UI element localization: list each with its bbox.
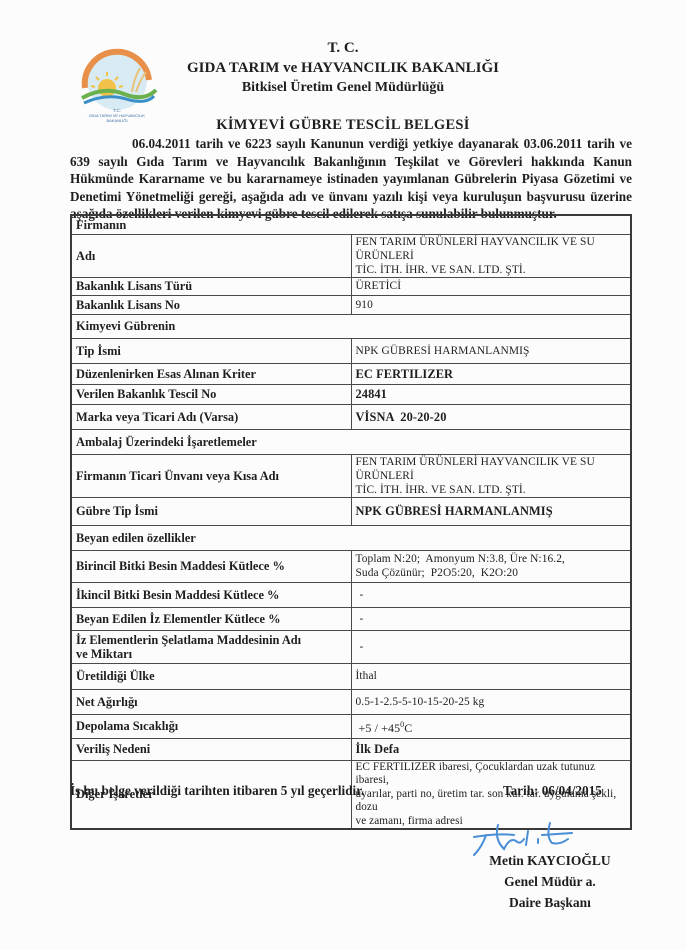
row-label: Bakanlık Lisans No	[71, 295, 351, 314]
row-label: Adı	[71, 234, 351, 277]
row-value: +5 / +450C	[351, 714, 631, 738]
table-row: Gübre Tip İsmi NPK GÜBRESİ HARMANLANMIŞ	[71, 497, 631, 525]
row-value: 0.5-1-2.5-5-10-15-20-25 kg	[351, 689, 631, 714]
row-label: Bakanlık Lisans Türü	[71, 277, 351, 295]
table-row: Veriliş Nedeni İlk Defa	[71, 738, 631, 760]
section-row: Kimyevi Gübrenin	[71, 314, 631, 338]
header-tc: T. C.	[0, 40, 686, 57]
table-row: Net Ağırlığı 0.5-1-2.5-5-10-15-20-25 kg	[71, 689, 631, 714]
row-label: Veriliş Nedeni	[71, 738, 351, 760]
row-value: ÜRETİCİ	[351, 277, 631, 295]
table-row: Verilen Bakanlık Tescil No 24841	[71, 384, 631, 404]
row-label: Firmanın Ticari Ünvanı veya Kısa Adı	[71, 454, 351, 497]
row-label: Net Ağırlığı	[71, 689, 351, 714]
row-value: EC FERTILIZER	[351, 363, 631, 384]
row-label: İz Elementlerin Şelatlama Maddesinin Adı…	[71, 630, 351, 663]
row-label: Beyan Edilen İz Elementler Kütlece %	[71, 607, 351, 630]
table-row: Beyan Edilen İz Elementler Kütlece % -	[71, 607, 631, 630]
intro-paragraph: 06.04.2011 tarih ve 6223 sayılı Kanunun …	[70, 135, 632, 223]
table-row: Marka veya Ticari Adı (Varsa) VİSNA 20-2…	[71, 404, 631, 429]
row-label: Düzenlenirken Esas Alınan Kriter	[71, 363, 351, 384]
section-beyan: Beyan edilen özellikler	[71, 525, 631, 550]
header-ministry: GIDA TARIM ve HAYVANCILIK BAKANLIĞI	[0, 60, 686, 77]
section-row: Ambalaj Üzerindeki İşaretlemeler	[71, 429, 631, 454]
row-value: -	[351, 630, 631, 663]
row-label: İkincil Bitki Besin Maddesi Kütlece %	[71, 582, 351, 607]
row-value: -	[351, 582, 631, 607]
row-label: Verilen Bakanlık Tescil No	[71, 384, 351, 404]
row-value: İlk Defa	[351, 738, 631, 760]
table-row: İkincil Bitki Besin Maddesi Kütlece % -	[71, 582, 631, 607]
row-value: FEN TARIM ÜRÜNLERİ HAYVANCILIK VE SU ÜRÜ…	[351, 234, 631, 277]
signatory-department: Daire Başkanı	[470, 892, 630, 913]
section-firma: Firmanın	[71, 215, 631, 234]
table-row: Adı FEN TARIM ÜRÜNLERİ HAYVANCILIK VE SU…	[71, 234, 631, 277]
row-value: FEN TARIM ÜRÜNLERİ HAYVANCILIK VE SU ÜRÜ…	[351, 454, 631, 497]
section-gubre: Kimyevi Gübrenin	[71, 314, 631, 338]
table-row: Birincil Bitki Besin Maddesi Kütlece % T…	[71, 550, 631, 582]
row-value: 24841	[351, 384, 631, 404]
section-row: Beyan edilen özellikler	[71, 525, 631, 550]
certificate-table: Firmanın Adı FEN TARIM ÜRÜNLERİ HAYVANCI…	[70, 214, 632, 830]
row-label: Depolama Sıcaklığı	[71, 714, 351, 738]
section-row: Firmanın	[71, 215, 631, 234]
row-value: Toplam N:20; Amonyum N:3.8, Üre N:16.2,S…	[351, 550, 631, 582]
table-row: İz Elementlerin Şelatlama Maddesinin Adı…	[71, 630, 631, 663]
row-label: Gübre Tip İsmi	[71, 497, 351, 525]
header-directorate: Bitkisel Üretim Genel Müdürlüğü	[0, 80, 686, 96]
validity-note: İş bu belge verildiği tarihten itibaren …	[70, 783, 364, 799]
table-row: Bakanlık Lisans Türü ÜRETİCİ	[71, 277, 631, 295]
table-row: Tip İsmi NPK GÜBRESİ HARMANLANMIŞ	[71, 338, 631, 363]
row-value: -	[351, 607, 631, 630]
row-label: Tip İsmi	[71, 338, 351, 363]
row-value: VİSNA 20-20-20	[351, 404, 631, 429]
document-title: KİMYEVİ GÜBRE TESCİL BELGESİ	[0, 117, 686, 134]
row-value: NPK GÜBRESİ HARMANLANMIŞ	[351, 497, 631, 525]
signatory-name: Metin KAYCIOĞLU	[470, 850, 630, 871]
signatory-title: Genel Müdür a.	[470, 871, 630, 892]
section-ambalaj: Ambalaj Üzerindeki İşaretlemeler	[71, 429, 631, 454]
row-value: İthal	[351, 663, 631, 689]
table-row: Firmanın Ticari Ünvanı veya Kısa Adı FEN…	[71, 454, 631, 497]
issue-date: Tarih: 06/04/2015	[503, 783, 602, 799]
signatory-block: Metin KAYCIOĞLU Genel Müdür a. Daire Baş…	[470, 850, 630, 913]
row-value: NPK GÜBRESİ HARMANLANMIŞ	[351, 338, 631, 363]
row-value: 910	[351, 295, 631, 314]
table-row: Düzenlenirken Esas Alınan Kriter EC FERT…	[71, 363, 631, 384]
row-label: Marka veya Ticari Adı (Varsa)	[71, 404, 351, 429]
row-label: Üretildiği Ülke	[71, 663, 351, 689]
row-label: Birincil Bitki Besin Maddesi Kütlece %	[71, 550, 351, 582]
table-row: Depolama Sıcaklığı +5 / +450C	[71, 714, 631, 738]
table-row: Üretildiği Ülke İthal	[71, 663, 631, 689]
table-row: Bakanlık Lisans No 910	[71, 295, 631, 314]
